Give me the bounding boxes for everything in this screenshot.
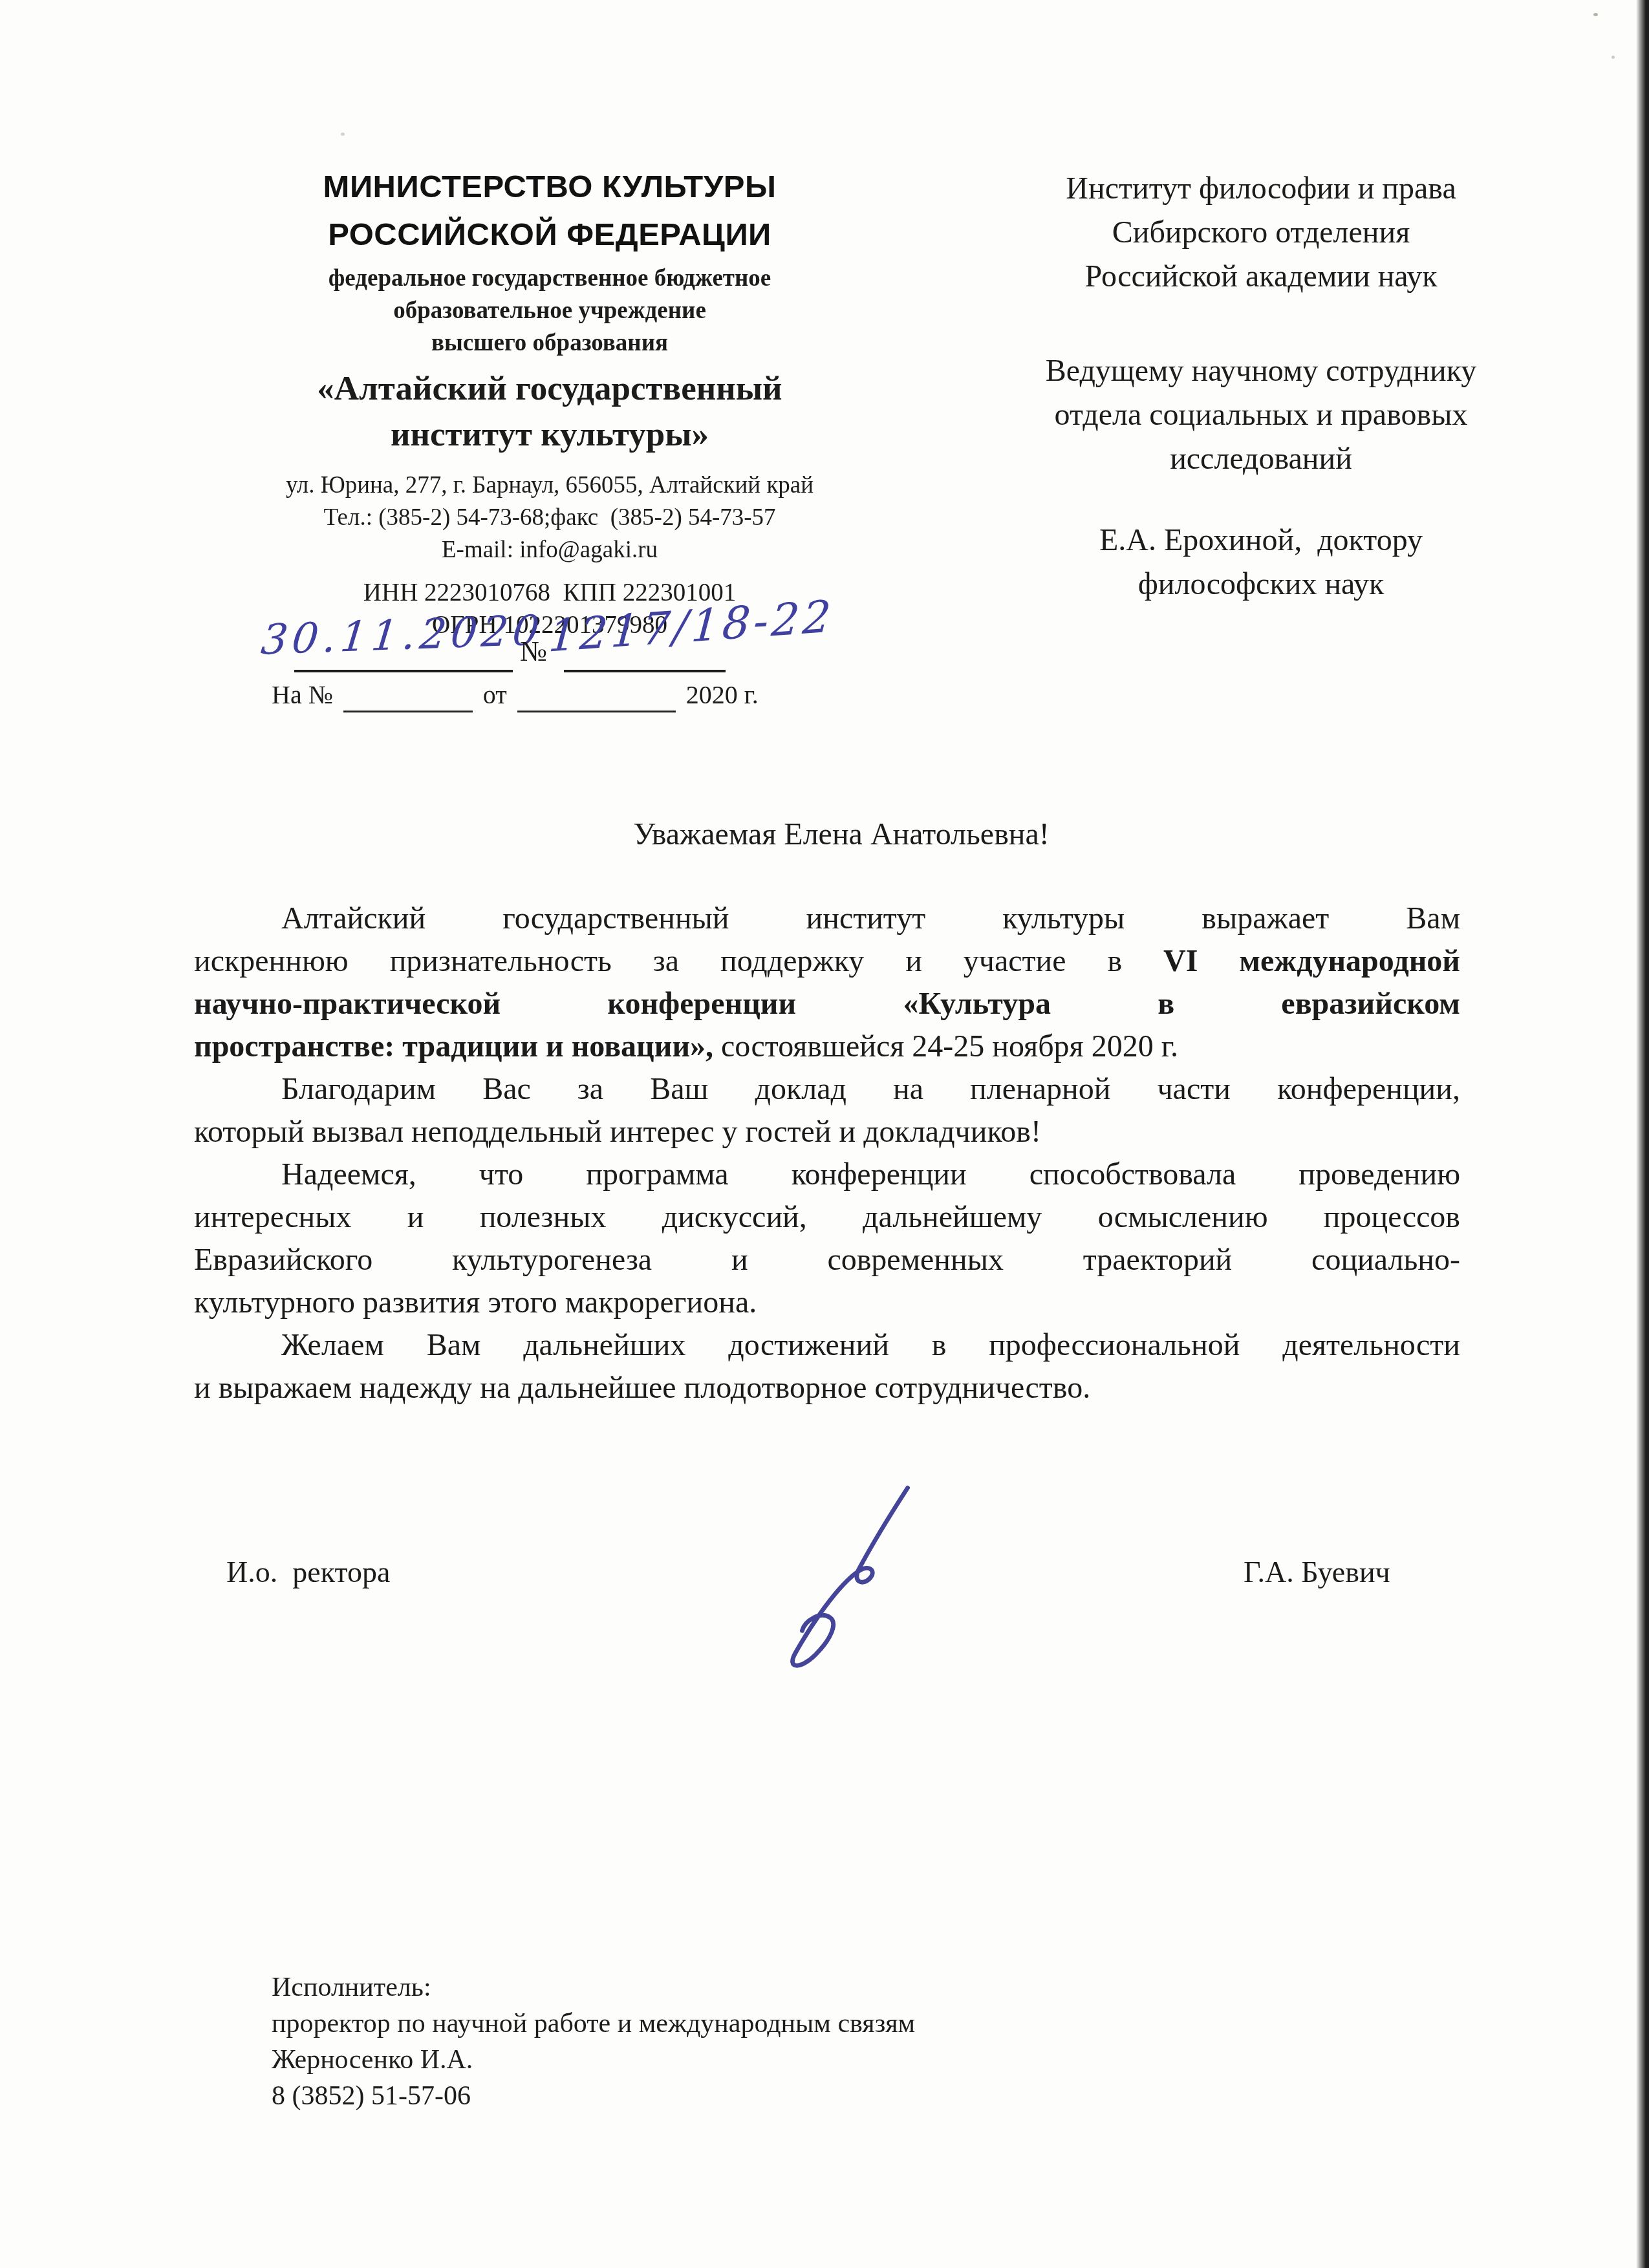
text-line: Тел.: (385-2) 54-73-68;факс (385-2) 54-7…: [233, 502, 867, 534]
body-line: Желаем Вам дальнейших достижений в профе…: [194, 1324, 1460, 1367]
handwritten-date: 30.11.2020: [259, 606, 546, 665]
text-line: проректор по научной работе и международ…: [272, 2006, 915, 2042]
ministry-name: МИНИСТЕРСТВО КУЛЬТУРЫРОССИЙСКОЙ ФЕДЕРАЦИ…: [233, 163, 867, 259]
text-line: 8 (3852) 51-57-06: [272, 2078, 915, 2114]
salutation: Уважаемая Елена Анатольевна!: [194, 813, 1460, 856]
body-line: Надеемся, что программа конференции спос…: [194, 1153, 1460, 1196]
reply-reference-row: На № от 2020 г.: [272, 678, 759, 712]
text-line: Институт философии и права: [938, 167, 1584, 211]
date-underline: [294, 670, 513, 672]
text-line: ул. Юрина, 277, г. Барнаул, 656055, Алта…: [233, 469, 867, 502]
text-line: Исполнитель:: [272, 1969, 915, 2006]
org-name: «Алтайский государственныйинститут культ…: [233, 366, 867, 458]
text-line: исследований: [938, 437, 1584, 481]
signer-role: И.о. ректора: [226, 1555, 390, 1589]
text-line: «Алтайский государственный: [233, 366, 867, 412]
reply-year: 2020 г.: [686, 678, 759, 712]
text-line: E-mail: info@agaki.ru: [233, 534, 867, 566]
scanned-letter-page: МИНИСТЕРСТВО КУЛЬТУРЫРОССИЙСКОЙ ФЕДЕРАЦИ…: [0, 0, 1649, 2268]
text-line: Российской академии наук: [938, 255, 1584, 299]
text-line: институт культуры»: [233, 412, 867, 458]
text-line: высшего образования: [233, 327, 867, 359]
scan-speck: [1593, 13, 1598, 16]
reply-prefix: На №: [272, 678, 333, 712]
text-line: Ведущему научному сотруднику: [938, 349, 1584, 393]
scan-speck: [341, 133, 345, 136]
reply-from-label: от: [483, 678, 507, 712]
signer-name: Г.А. Буевич: [1244, 1555, 1390, 1589]
body-line: интересных и полезных дискуссий, дальней…: [194, 1196, 1460, 1239]
body-line: который вызвал неподдельный интерес у го…: [194, 1111, 1460, 1153]
text-line: образовательное учреждение: [233, 295, 867, 327]
letter-body: Уважаемая Елена Анатольевна! Алтайский г…: [194, 813, 1460, 1409]
org-address: ул. Юрина, 277, г. Барнаул, 656055, Алта…: [233, 469, 867, 566]
text-line: МИНИСТЕРСТВО КУЛЬТУРЫ: [233, 163, 867, 211]
body-line: Алтайский государственный институт культ…: [194, 897, 1460, 940]
text-line: отдела социальных и правовых: [938, 393, 1584, 437]
recipient-addressee: Ведущему научному сотрудникуотдела социа…: [938, 349, 1584, 481]
recipient-person: Е.А. Ерохиной, докторуфилософских наук: [938, 519, 1584, 606]
sender-letterhead: МИНИСТЕРСТВО КУЛЬТУРЫРОССИЙСКОЙ ФЕДЕРАЦИ…: [233, 163, 867, 641]
body-line: пространстве: традиции и новации», состо…: [194, 1025, 1460, 1068]
reply-number-blank: [343, 678, 473, 712]
executor-footer: Исполнитель:проректор по научной работе …: [272, 1969, 915, 2114]
text-line: Сибирского отделения: [938, 211, 1584, 255]
text-line: философских наук: [938, 562, 1584, 606]
number-underline: [564, 670, 726, 672]
text-line: Е.А. Ерохиной, доктору: [938, 519, 1584, 562]
handwritten-signature-icon: [723, 1482, 943, 1673]
body-line: Благодарим Вас за Ваш доклад на пленарно…: [194, 1068, 1460, 1111]
body-paragraphs: Алтайский государственный институт культ…: [194, 897, 1460, 1409]
text-line: федеральное государственное бюджетное: [233, 262, 867, 295]
scan-edge-shadow: [1636, 0, 1649, 2268]
body-line: Евразийского культурогенеза и современны…: [194, 1239, 1460, 1281]
text-line: РОССИЙСКОЙ ФЕДЕРАЦИИ: [233, 211, 867, 259]
recipient-institute: Институт философии и праваСибирского отд…: [938, 167, 1584, 299]
scan-speck: [1611, 56, 1615, 59]
body-line: культурного развития этого макрорегиона.: [194, 1281, 1460, 1324]
org-type: федеральное государственное бюджетноеобр…: [233, 262, 867, 359]
recipient-block: Институт философии и праваСибирского отд…: [938, 167, 1584, 606]
number-sign: №: [520, 635, 547, 668]
body-line: научно-практической конференции «Культур…: [194, 983, 1460, 1025]
body-line: искреннюю признательность за поддержку и…: [194, 940, 1460, 983]
text-line: Жерносенко И.А.: [272, 2042, 915, 2078]
reply-date-blank: [517, 678, 676, 712]
outgoing-reference-row: 30.11.2020 № 1217/18-22: [259, 608, 892, 685]
body-line: и выражаем надежду на дальнейшее плодотв…: [194, 1367, 1460, 1409]
